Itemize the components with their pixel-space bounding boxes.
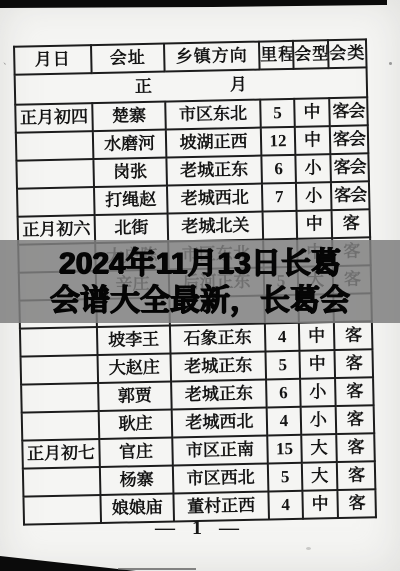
site-cell: 打绳赵: [94, 186, 168, 216]
column-header: 会址: [91, 44, 165, 74]
type-cell: 中: [295, 126, 331, 155]
overlay-title-line1: 2024年11月13日长葛: [59, 245, 341, 282]
column-header: 月日: [14, 45, 92, 75]
distance-cell: 12: [261, 127, 296, 156]
date-cell: [22, 411, 100, 441]
type-cell: 小: [300, 378, 336, 407]
class-cell: 客会: [330, 125, 369, 154]
direction-cell: 老城西北: [167, 184, 263, 214]
site-cell: 北街: [95, 214, 169, 244]
column-header: 里程: [259, 41, 294, 70]
site-cell: 杨寨: [100, 465, 174, 495]
scan-speck: [306, 547, 311, 550]
class-cell: 客会: [330, 153, 369, 182]
distance-cell: 6: [266, 379, 301, 408]
scan-edge-bar-bottom: [0, 556, 136, 571]
direction-cell: 老城正东: [166, 156, 262, 186]
class-cell: 客: [334, 321, 373, 350]
site-cell: 水磨河: [93, 130, 167, 160]
date-cell: [20, 327, 98, 357]
type-cell: 小: [301, 406, 337, 435]
type-cell: 大: [301, 434, 337, 463]
direction-cell: 老城正东: [171, 380, 267, 410]
class-cell: 客: [334, 349, 373, 378]
type-cell: 中: [299, 350, 335, 379]
column-header: 会类: [328, 39, 367, 68]
site-cell: 郭贾: [98, 382, 172, 412]
distance-cell: 4: [265, 323, 300, 352]
column-header: 会型: [293, 40, 329, 69]
scan-edge-bar-top: [0, 0, 387, 8]
overlay-title-line2: 会谱大全最新，长葛会: [50, 282, 350, 319]
distance-cell: 5: [260, 99, 295, 128]
site-cell: 岗张: [93, 158, 167, 188]
site-cell: 楚寨: [92, 102, 166, 132]
site-cell: 官庄: [99, 437, 173, 467]
date-cell: [21, 383, 99, 413]
site-cell: 坡李王: [97, 326, 171, 356]
class-cell: 客会: [331, 181, 370, 210]
direction-cell: 老城北关: [168, 212, 264, 242]
class-cell: 客: [337, 489, 376, 518]
site-cell: 大赵庄: [98, 354, 172, 384]
direction-cell: 坡湖正西: [166, 128, 262, 158]
type-cell: 中: [302, 490, 338, 519]
date-cell: [16, 131, 94, 161]
direction-cell: 市区正南: [172, 436, 268, 466]
distance-cell: 5: [265, 351, 300, 380]
scan-speck: 、: [3, 54, 12, 67]
class-cell: 客: [336, 433, 375, 462]
class-cell: 客: [336, 405, 375, 434]
class-cell: 客: [335, 377, 374, 406]
type-cell: 中: [297, 210, 333, 239]
scan-edge-line-bottom: [118, 568, 196, 570]
type-cell: 小: [295, 154, 331, 183]
scan-speck: [389, 62, 392, 65]
title-overlay-banner: 2024年11月13日长葛 会谱大全最新，长葛会: [0, 240, 400, 323]
scanned-document-page: 、 月日会址乡镇方向里程会型会类正月正月初四楚寨市区东北5中客会水磨河坡湖正西1…: [0, 0, 400, 571]
date-cell: [16, 159, 94, 189]
direction-cell: 市区东北: [165, 100, 261, 130]
class-cell: 客: [337, 461, 376, 490]
date-cell: [17, 187, 95, 217]
date-cell: 正月初四: [15, 103, 93, 133]
distance-cell: 15: [267, 435, 302, 464]
direction-cell: 老城西北: [172, 408, 268, 438]
date-cell: 正月初七: [22, 439, 100, 469]
date-cell: [23, 467, 101, 497]
distance-cell: 6: [261, 155, 296, 184]
direction-cell: 老城正东: [170, 352, 266, 382]
date-cell: [21, 355, 99, 385]
class-cell: 客: [332, 209, 371, 238]
direction-cell: 市区西北: [173, 463, 269, 493]
distance-cell: 4: [267, 407, 302, 436]
distance-cell: 5: [268, 463, 303, 492]
page-number: — 1 —: [0, 517, 400, 540]
site-cell: 耿庄: [99, 409, 173, 439]
direction-cell: 石象正东: [170, 324, 266, 354]
distance-cell: [263, 211, 298, 240]
distance-cell: 7: [262, 183, 297, 212]
column-header: 乡镇方向: [164, 42, 260, 72]
distance-cell: 4: [268, 491, 303, 520]
type-cell: 大: [302, 462, 338, 491]
class-cell: 客会: [329, 97, 368, 126]
type-cell: 小: [296, 182, 332, 211]
type-cell: 中: [294, 98, 330, 127]
type-cell: 中: [299, 322, 335, 351]
